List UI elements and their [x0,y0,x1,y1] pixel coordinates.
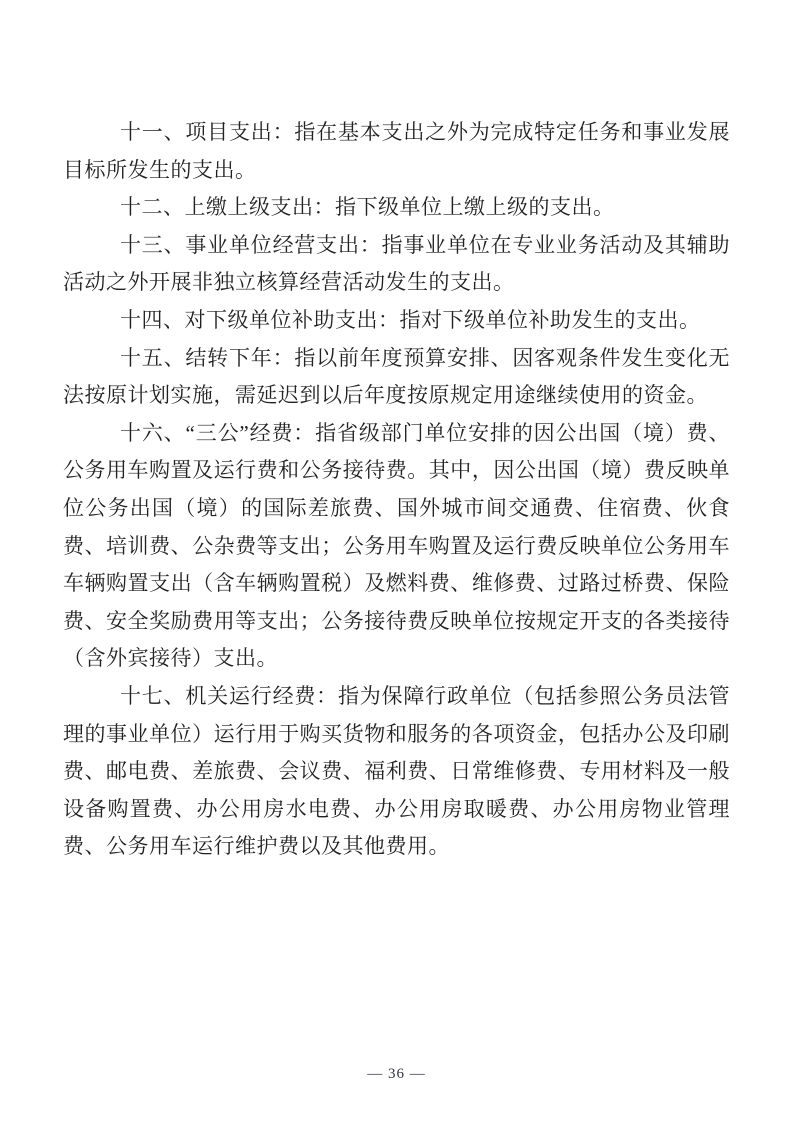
paragraph-item-17: 十七、机关运行经费：指为保障行政单位（包括参照公务员法管理的事业单位）运行用于购… [63,678,730,866]
definition-term: 十二、上缴上级支出： [120,195,335,219]
paragraph-item-15: 十五、结转下年：指以前年度预算安排、因客观条件发生变化无法按原计划实施，需延迟到… [63,340,730,415]
definition-term: 十五、结转下年： [120,346,294,370]
paragraph-item-11: 十一、项目支出：指在基本支出之外为完成特定任务和事业发展目标所发生的支出。 [63,114,730,189]
definition-term: 十四、对下级单位补助支出： [120,308,400,332]
definition-term: 十六、“三公”经费： [120,421,315,445]
definition-term: 十一、项目支出： [120,120,294,144]
paragraph-item-12: 十二、上缴上级支出：指下级单位上缴上级的支出。 [63,189,730,227]
paragraph-item-14: 十四、对下级单位补助支出：指对下级单位补助发生的支出。 [63,302,730,340]
paragraph-item-13: 十三、事业单位经营支出：指事业单位在专业业务活动及其辅助活动之外开展非独立核算经… [63,227,730,302]
definition-body: 指下级单位上缴上级的支出。 [335,195,615,219]
definition-body: 指为保障行政单位（包括参照公务员法管理的事业单位）运行用于购买货物和服务的各项资… [63,684,730,858]
document-page: 十一、项目支出：指在基本支出之外为完成特定任务和事业发展目标所发生的支出。 十二… [63,114,730,866]
definition-body: 指省级部门单位安排的因公出国（境）费、公务用车购置及运行费和公务接待费。其中，因… [63,421,730,671]
page-number: — 36 — [0,1066,793,1083]
definition-term: 十七、机关运行经费： [120,684,338,708]
definition-body: 指对下级单位补助发生的支出。 [400,308,701,332]
paragraph-item-16: 十六、“三公”经费：指省级部门单位安排的因公出国（境）费、公务用车购置及运行费和… [63,415,730,678]
definition-term: 十三、事业单位经营支出： [120,233,382,257]
